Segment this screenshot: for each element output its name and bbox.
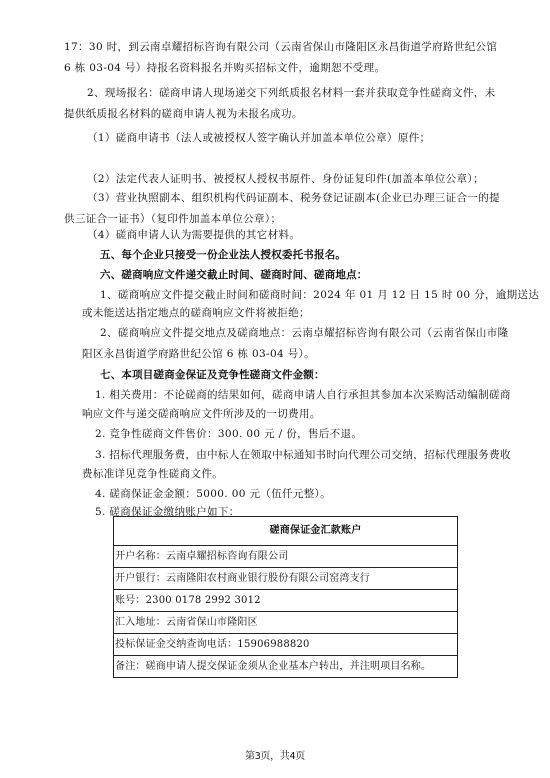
table-title: 磋商保证金汇款账户 [114, 517, 458, 546]
paragraph-line: 1、磋商响应文件提交截止时间和磋商时间：2024 年 01 月 12 日 15 … [100, 288, 539, 302]
paragraph-line: 2、现场报名：磋商申请人现场递交下列纸质报名材料一套并获取竞争性磋商文件，未 [87, 86, 495, 100]
paragraph-line: 响应文件与递交磋商响应文件所涉及的一切费用。 [82, 407, 321, 421]
paragraph-line: （3）营业执照副本、组织机构代码证副本、税务登记证副本(企业已办理三证合一的提 [87, 191, 500, 205]
paragraph-line: 阳区永昌街道学府路世纪公馆 6 栋 03-04 号）。 [82, 347, 315, 361]
document-page: 17：30 时，到云南卓耀招标咨询有限公司（云南省保山市隆阳区永昌街道学府路世纪… [0, 0, 550, 778]
paragraph-line: 或未能送达指定地点的磋商响应文件将被拒绝； [82, 306, 310, 320]
paragraph-line: 2. 竞争性磋商文件售价：300. 00 元 / 份，售后不退。 [95, 427, 362, 441]
paragraph-line: 提供纸质报名材料的磋商申请人视为未报名成功。 [64, 107, 303, 121]
paragraph-line: 供三证合一证书）（复印件加盖本单位公章）； [64, 212, 281, 226]
paragraph-line: 1. 相关费用：不论磋商的结果如何，磋商申请人自行承担其参加本次采购活动编制磋商 [95, 388, 511, 402]
table-row: 开户名称：云南卓耀招标咨询有限公司 [114, 546, 458, 568]
table-row: 投标保证金交纳查询电话：15906988820 [114, 634, 458, 656]
page-number-footer: 第3页，共4页 [0, 747, 550, 762]
deposit-account-table: 磋商保证金汇款账户 开户名称：云南卓耀招标咨询有限公司 开户银行：云南隆阳农村商… [113, 516, 458, 678]
table-row: 汇入地址：云南省保山市隆阳区 [114, 612, 458, 634]
paragraph-line: 费标准详见竞争性磋商文件。 [82, 467, 223, 481]
table-row: 账号：2300 0178 2992 3012 [114, 590, 458, 612]
section-heading-6: 六、磋商响应文件递交截止时间、磋商时间、磋商地点： [100, 268, 368, 282]
paragraph-line: 6 栋 03-04 号）持报名资料报名并购买招标文件，逾期恕不受理。 [64, 61, 385, 75]
table-row: 备注：磋商申请人提交保证金须从企业基本户转出，并注明项目名称。 [114, 656, 458, 678]
paragraph-line: （4）磋商申请人认为需要提供的其它材料。 [87, 228, 300, 242]
paragraph-line: （2）法定代表人证明书、被授权人授权书原件、身份证复印件(加盖本单位公章）； [87, 172, 484, 186]
paragraph-line: 4. 磋商保证金金额：5000. 00 元（伍仟元整）。 [95, 487, 331, 501]
paragraph-line: 2、磋商响应文件提交地点及磋商地点：云南卓耀招标咨询有限公司（云南省保山市隆 [100, 326, 508, 340]
table-row: 开户银行：云南隆阳农村商业银行股份有限公司窑湾支行 [114, 568, 458, 590]
paragraph-line: 3. 招标代理服务费，由中标人在领取中标通知书时向代理公司交纳，招标代理服务费收 [95, 448, 511, 462]
paragraph-line: （1）磋商申请书（法人或被授权人签字确认并加盖本单位公章）原件； [87, 131, 430, 145]
paragraph-line: 17：30 时，到云南卓耀招标咨询有限公司（云南省保山市隆阳区永昌街道学府路世纪… [64, 40, 497, 54]
section-heading-7: 七、本项目磋商金保证及竞争性磋商文件金额： [100, 368, 325, 382]
section-heading-5: 五、每个企业只接受一份企业法人授权委托书报名。 [100, 248, 346, 262]
